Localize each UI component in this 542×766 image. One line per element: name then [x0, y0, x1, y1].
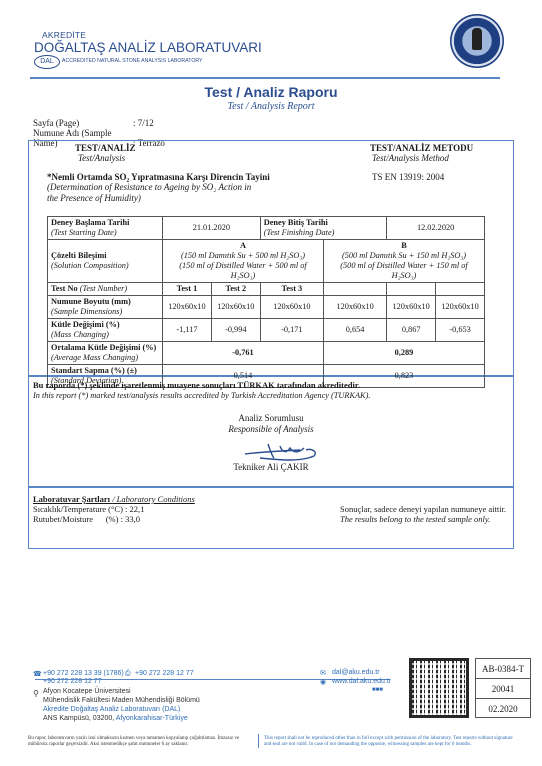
- lab-conditions-title: Laboratuvar Şartları / Laboratory Condit…: [33, 494, 195, 504]
- mass-change-cell: 0,867: [387, 319, 436, 342]
- fax-number: +90 272 228 12 77: [135, 670, 194, 677]
- globe-icon: ◉: [320, 678, 326, 686]
- document-number: 20041: [476, 679, 530, 699]
- logo-subtitle: ACCREDITED NATURAL STONE ANALYSIS LABORA…: [62, 58, 202, 64]
- test-name: *Nemli Ortamda SO₂ Yıpratmasına Karşı Di…: [47, 172, 270, 182]
- test-method: TS EN 13919: 2004: [372, 172, 444, 182]
- technician-name: Tekniker Ali ÇAKIR: [0, 462, 542, 472]
- mass-change-cell: -0,994: [211, 319, 260, 342]
- test-column-header: TEST/ANALİZ: [75, 143, 136, 153]
- mass-change-cell: -0,653: [436, 319, 485, 342]
- start-date-value: 21.01.2020: [163, 217, 261, 240]
- phone-1: +90 272 228 13 39 (1786): [43, 670, 124, 677]
- fax-icon: ⎙: [125, 670, 131, 678]
- accreditation-note-en: In this report (*) marked test/analysis …: [33, 391, 370, 400]
- disclaimer-separator: [258, 734, 259, 748]
- test-number: [387, 283, 436, 296]
- university-seal-icon: [450, 14, 504, 68]
- social-icons[interactable]: ■■■: [372, 687, 383, 693]
- lab-moisture: Rutubet/Moisture (%) : 33,0: [33, 514, 140, 524]
- frame-divider-lower: [28, 486, 514, 488]
- lab-logo: AKREDİTE DOĞALTAŞ ANALİZ LABORATUVARI DA…: [30, 28, 230, 76]
- responsible-title-en: Responsible of Analysis: [0, 424, 542, 434]
- header-divider: [30, 77, 500, 79]
- table-row: Test No (Test Number) Test 1 Test 2 Test…: [48, 283, 485, 296]
- dimension-cell: 120x60x10: [323, 296, 386, 319]
- document-date: 02.2020: [476, 699, 530, 719]
- dimension-cell: 120x60x10: [163, 296, 212, 319]
- mass-change-cell: -0,171: [260, 319, 323, 342]
- address-line-1: Afyon Kocatepe Üniversitesi: [43, 688, 131, 695]
- end-date-label: Deney Bitiş Tarihi(Test Finishing Date): [260, 217, 387, 240]
- method-column-header: TEST/ANALİZ METODU: [370, 143, 473, 153]
- dimension-cell: 120x60x10: [436, 296, 485, 319]
- table-row: Ortalama Kütle Değişimi (%)(Average Mass…: [48, 342, 485, 365]
- dimension-cell: 120x60x10: [211, 296, 260, 319]
- end-date-value: 12.02.2020: [387, 217, 485, 240]
- lab-temperature: Sıcaklık/Temperature (°C) : 22,1: [33, 504, 144, 514]
- website-link[interactable]: www.dal.aku.edu.tr: [332, 678, 391, 685]
- mass-change-cell: -1,117: [163, 319, 212, 342]
- disclaimer-en: This report shall not be reproduced othe…: [264, 736, 514, 748]
- dimensions-label: Numune Boyutu (mm)(Sample Dimensions): [48, 296, 163, 319]
- qr-code-icon: [409, 658, 469, 718]
- logo-accredited: AKREDİTE: [42, 30, 86, 40]
- solution-label: Çözelti Bileşimi(Solution Composition): [48, 240, 163, 283]
- phone-icon: ☎: [33, 670, 42, 678]
- solution-b: B(500 ml Damıtık Su + 150 ml H₂SO₃)(500 …: [323, 240, 484, 283]
- test-number-label: Test No (Test Number): [48, 283, 163, 296]
- address-line-3: Akredite Doğaltaş Analiz Laboratuvarı (D…: [43, 706, 180, 713]
- method-column-header-en: Test/Analysis Method: [372, 153, 449, 163]
- page-info: Sayfa (Page): 7/12: [33, 118, 154, 128]
- disclaimer-tr: Bu rapor, laboratuvarın yazılı izni olma…: [28, 736, 256, 748]
- page-value: : 7/12: [133, 118, 154, 128]
- report-title: Test / Analiz Raporu: [0, 84, 542, 100]
- average-mass-b: 0,289: [323, 342, 484, 365]
- average-mass-a: -0,761: [163, 342, 324, 365]
- test-name-en: (Determination of Resistance to Ageing b…: [47, 182, 257, 204]
- solution-a: A(150 ml Damıtık Su + 500 ml H₂SO₃)(150 …: [163, 240, 324, 283]
- test-number: Test 3: [260, 283, 323, 296]
- average-mass-label: Ortalama Kütle Değişimi (%)(Average Mass…: [48, 342, 163, 365]
- test-number: Test 1: [163, 283, 212, 296]
- test-column-header-en: Test/Analysis: [78, 153, 125, 163]
- table-row: Numune Boyutu (mm)(Sample Dimensions) 12…: [48, 296, 485, 319]
- results-table: Deney Başlama Tarihi(Test Starting Date)…: [47, 216, 485, 388]
- mass-change-cell: 0,654: [323, 319, 386, 342]
- email-icon: ✉: [320, 669, 326, 677]
- accreditation-code: AB-0384-T: [476, 659, 530, 679]
- test-number: Test 2: [211, 283, 260, 296]
- table-row: Çözelti Bileşimi(Solution Composition) A…: [48, 240, 485, 283]
- test-number: [323, 283, 386, 296]
- logo-name: DOĞALTAŞ ANALİZ LABORATUVARI: [34, 40, 262, 55]
- address-line-4: ANS Kampüsü, 03200, Afyonkarahisar-Türki…: [43, 715, 188, 722]
- accreditation-note: Bu raporda (*) şeklinde işaretlenmiş mua…: [33, 380, 360, 390]
- table-row: Deney Başlama Tarihi(Test Starting Date)…: [48, 217, 485, 240]
- test-number: [436, 283, 485, 296]
- dimension-cell: 120x60x10: [387, 296, 436, 319]
- dimension-cell: 120x60x10: [260, 296, 323, 319]
- responsible-title: Analiz Sorumlusu: [0, 413, 542, 423]
- results-note-en: The results belong to the tested sample …: [340, 514, 490, 524]
- table-row: Kütle Değişimi (%)(Mass Changing) -1,117…: [48, 319, 485, 342]
- results-note: Sonuçlar, sadece deneyi yapılan numuneye…: [340, 504, 506, 514]
- start-date-label: Deney Başlama Tarihi(Test Starting Date): [48, 217, 163, 240]
- report-subtitle: Test / Analysis Report: [0, 101, 542, 112]
- page-label: Sayfa (Page): [33, 118, 133, 128]
- email-link[interactable]: dal@aku.edu.tr: [332, 669, 380, 676]
- location-pin-icon: ⚲: [33, 689, 39, 698]
- mass-change-label: Kütle Değişimi (%)(Mass Changing): [48, 319, 163, 342]
- address-line-2: Mühendislik Fakültesi Maden Mühendisliği…: [43, 697, 200, 704]
- document-code-box: AB-0384-T 20041 02.2020: [475, 658, 531, 718]
- logo-abbr: DAL: [34, 55, 60, 69]
